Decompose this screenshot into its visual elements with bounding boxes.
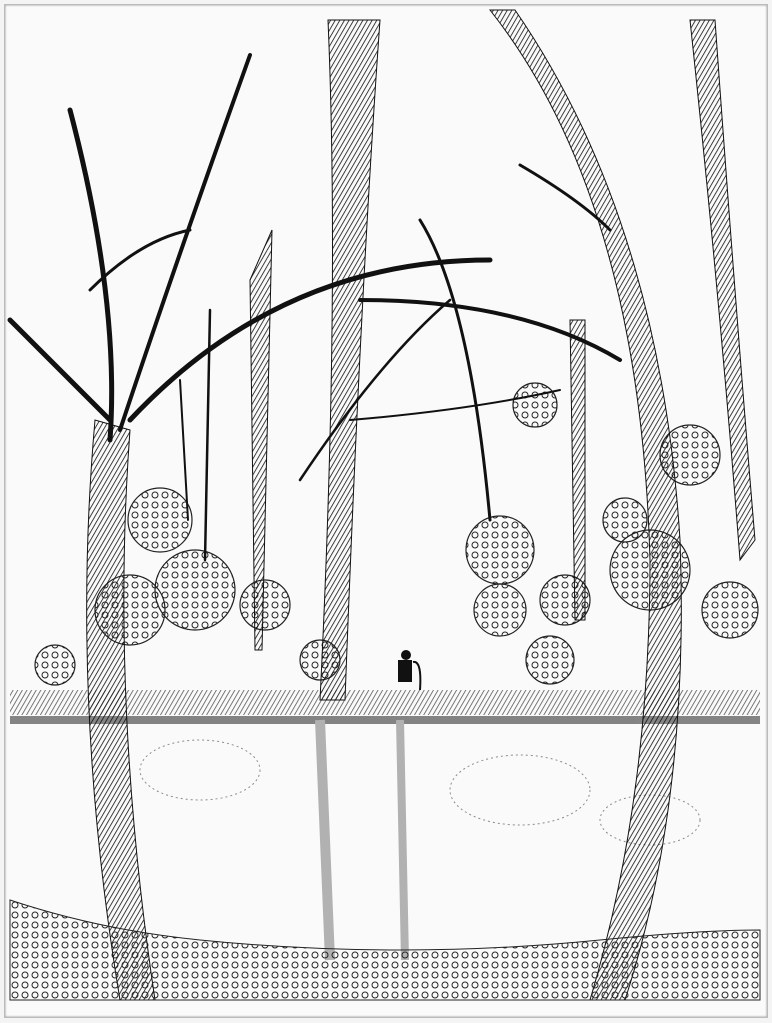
figure	[398, 650, 420, 690]
etching-artwork	[0, 0, 772, 1023]
